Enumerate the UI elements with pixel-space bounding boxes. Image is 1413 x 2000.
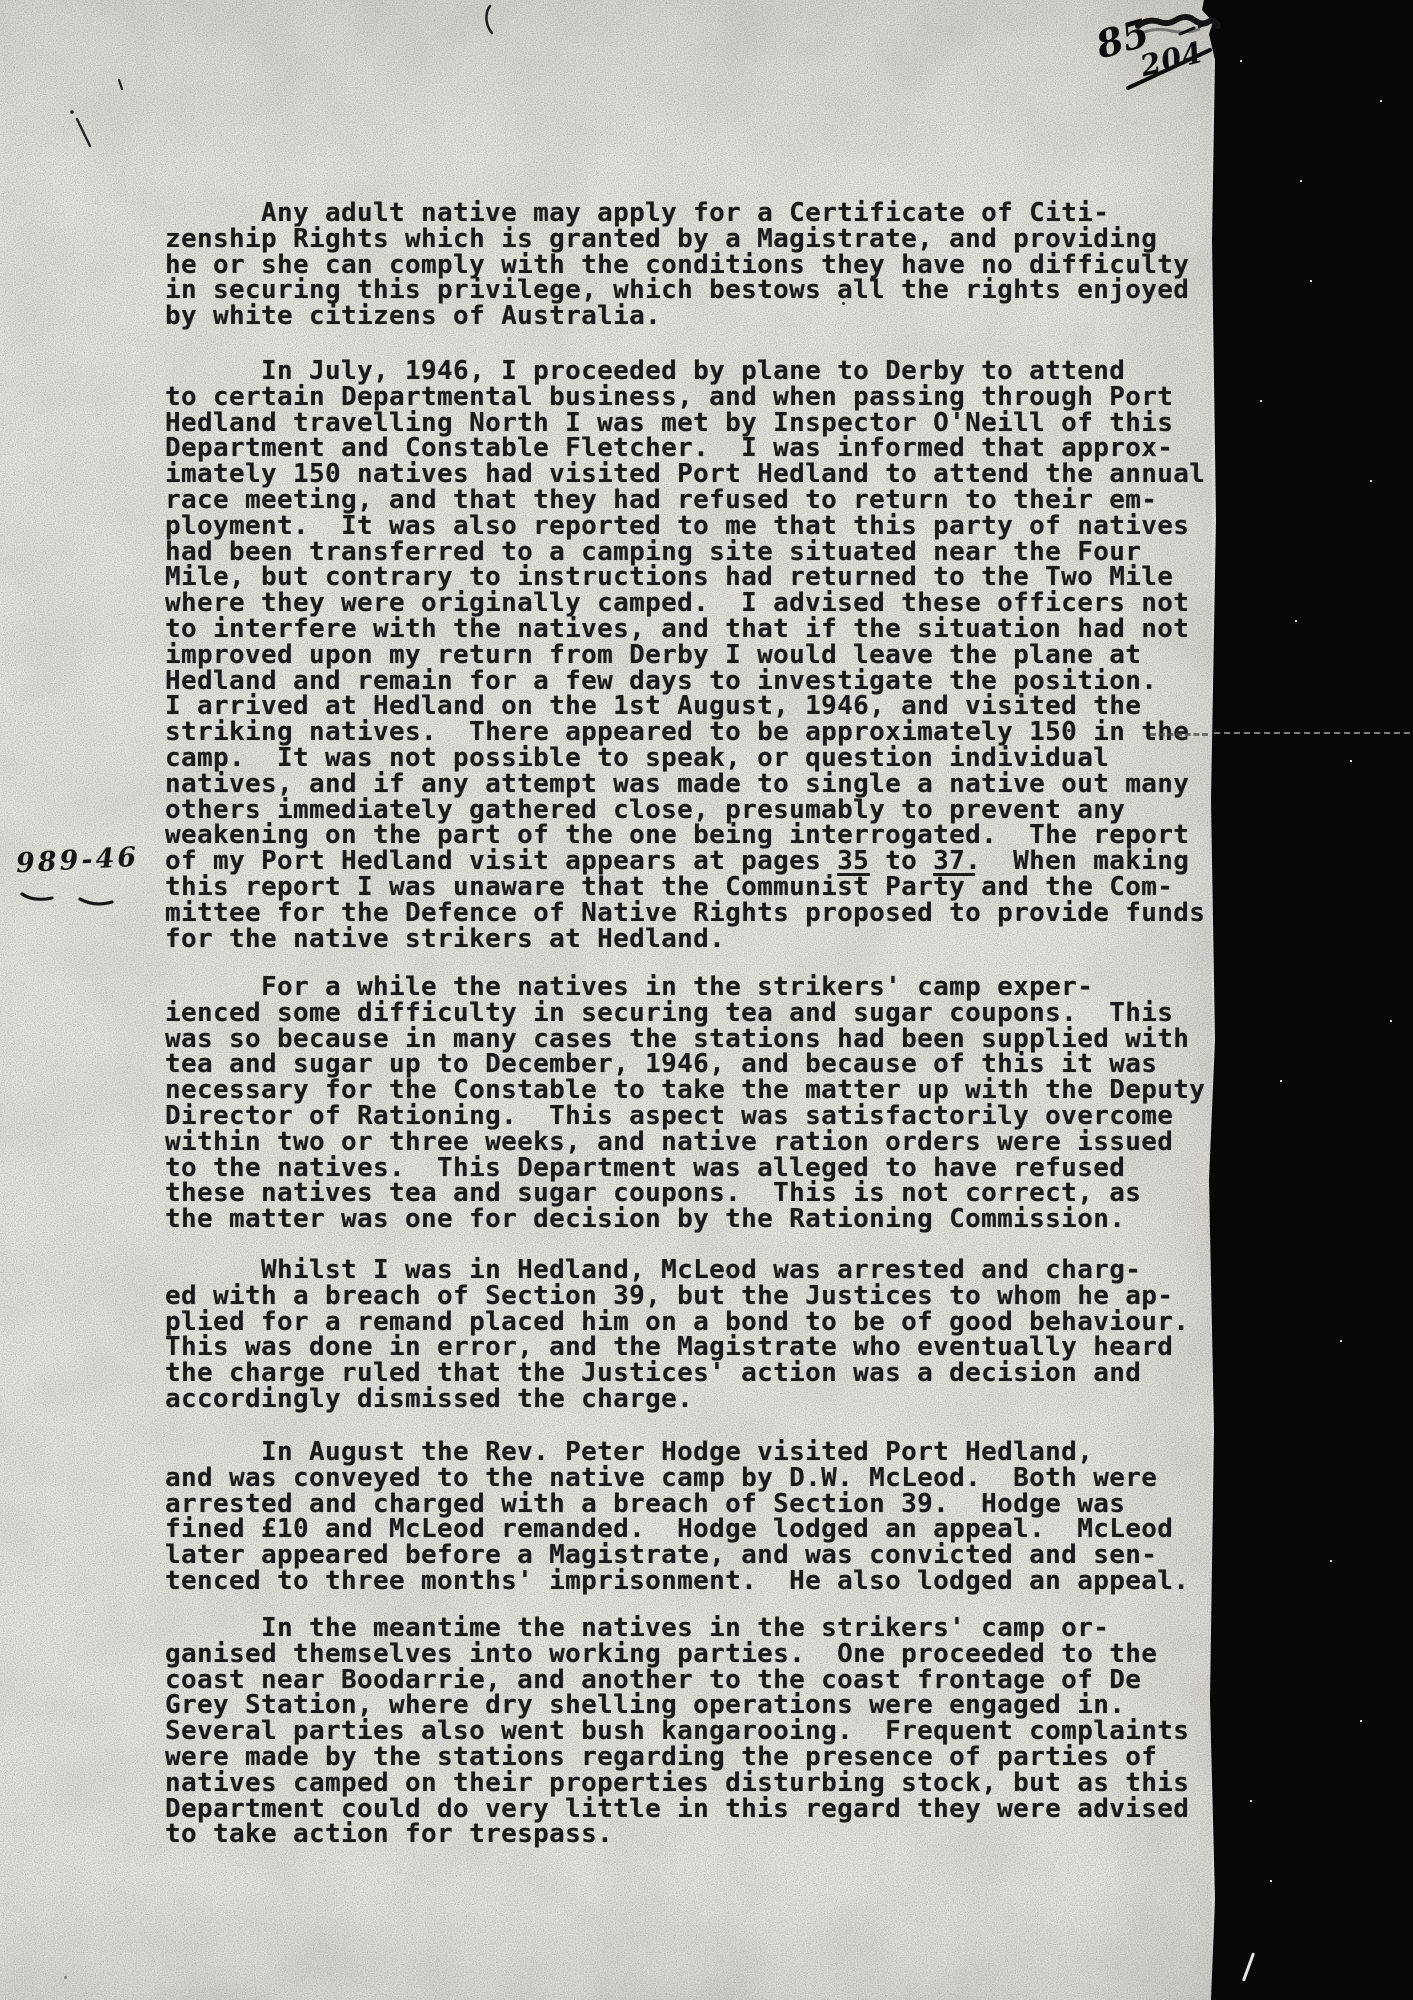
stray-ink-dot	[64, 1976, 67, 1979]
scan-shading-top	[0, 0, 1413, 160]
paragraph-ration-coupons: For a while the natives in the strikers'…	[165, 975, 1250, 1233]
underline-page-35	[837, 873, 870, 876]
handwritten-margin-file-number: 989-46	[15, 842, 140, 879]
paragraph-july-1946-visit: In July, 1946, I proceeded by plane to D…	[165, 359, 1250, 952]
paragraph-rev-hodge: In August the Rev. Peter Hodge visited P…	[165, 1440, 1250, 1595]
dust-specks	[1240, 60, 1242, 62]
paragraph-working-parties: In the meantime the natives in the strik…	[165, 1616, 1250, 1848]
scanned-document-page: Any adult native may apply for a Certifi…	[0, 0, 1413, 2000]
scan-black-edge	[1196, 0, 1413, 2000]
dashed-artifact-on-black	[1214, 732, 1410, 734]
dashed-artifact-on-paper	[1150, 733, 1208, 736]
underline-page-37	[933, 873, 975, 876]
stray-ink-dot	[842, 302, 845, 305]
paragraph-citizenship-rights: Any adult native may apply for a Certifi…	[165, 201, 1250, 330]
scan-shading-bottom	[0, 1890, 1413, 2000]
paragraph-mcleod-charge: Whilst I was in Hedland, McLeod was arre…	[165, 1258, 1250, 1413]
